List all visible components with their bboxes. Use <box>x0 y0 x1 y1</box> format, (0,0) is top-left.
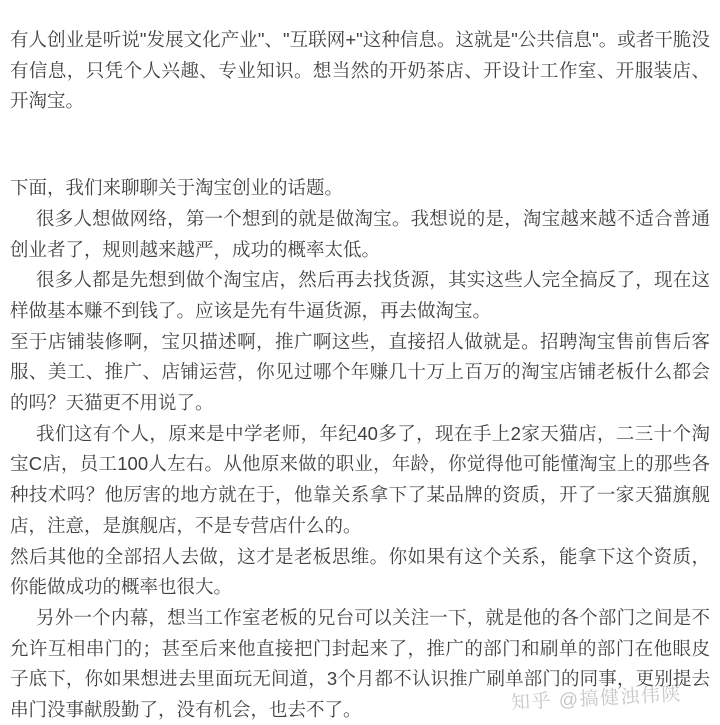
paragraph-hire-people: 至于店铺装修啊，宝贝描述啊，推广啊这些，直接招人做就是。招聘淘宝售前售后客服、美… <box>10 327 710 419</box>
paragraph-topic-lead: 下面，我们来聊聊关于淘宝创业的话题。 <box>10 173 710 204</box>
article-page: 有人创业是听说"发展文化产业"、"互联网+"这种信息。这就是"公共信息"。或者干… <box>0 0 720 725</box>
paragraph-supply-first: 很多人都是先想到做个淘宝店，然后再去找货源，其实这些人完全搞反了，现在这样做基本… <box>10 265 710 326</box>
paragraph-intro: 有人创业是听说"发展文化产业"、"互联网+"这种信息。这就是"公共信息"。或者干… <box>10 25 710 117</box>
paragraph-boss-mindset: 然后其他的全部招人去做，这才是老板思维。你如果有这个关系，能拿下这个资质，你能做… <box>10 542 710 603</box>
paragraph-insider-info: 另外一个内幕，想当工作室老板的兄台可以关注一下，就是他的各个部门之间是不允许互相… <box>10 603 710 725</box>
paragraph-teacher-example: 我们这有个人，原来是中学老师，年纪40多了，现在手上2家天猫店，二三十个淘宝C店… <box>10 419 710 542</box>
paragraph-taobao-unsuitable: 很多人想做网络，第一个想到的就是做淘宝。我想说的是，淘宝越来越不适合普通创业者了… <box>10 204 710 265</box>
article-body: 有人创业是听说"发展文化产业"、"互联网+"这种信息。这就是"公共信息"。或者干… <box>10 25 710 725</box>
paragraph-gap <box>10 117 710 173</box>
